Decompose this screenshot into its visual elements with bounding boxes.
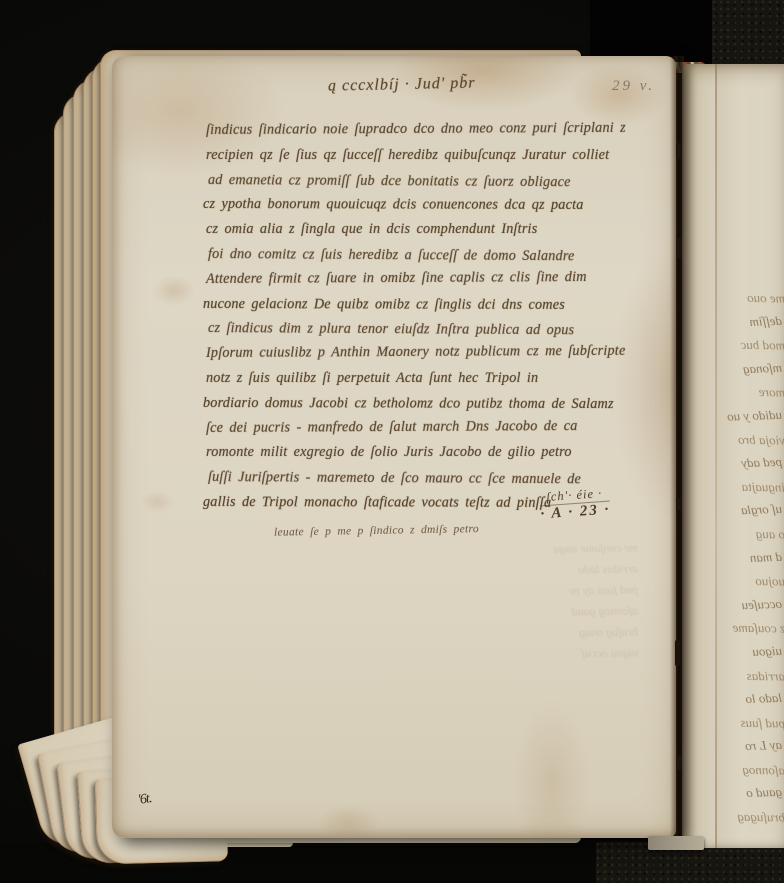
showthrough-fragment: aſonnog: [721, 757, 784, 782]
showthrough-fragment: occuſeu: [718, 592, 783, 618]
showthrough-fragment: d man: [718, 544, 783, 570]
manuscript-line: cz ypotha bonorum quouicuqz dcis conuenc…: [203, 192, 655, 218]
closing-line: leuate ſe p me p ſindico z dmiſs petro: [206, 520, 658, 540]
showthrough-fragment: inguajta: [721, 474, 784, 499]
showthrough-fragment: me ouo: [721, 285, 784, 310]
showthrough-fragment: more: [721, 380, 784, 405]
manuscript-line: bordiario domus Jacobi cz betholomz dco …: [203, 391, 655, 417]
facing-page-crease: [715, 64, 717, 848]
ink-showthrough: me conſame uogaarridas ladopud ſuus ay r…: [328, 540, 638, 666]
ink-speck: [675, 640, 680, 666]
page-edge-sliver: [648, 836, 704, 850]
leather-cover-top-right: [712, 0, 784, 68]
showthrough-fragment: gaud o: [718, 780, 783, 806]
showthrough-fragment: udido y uo: [718, 403, 783, 429]
showthrough-fragment: vioja bro: [721, 427, 784, 452]
ink-speck: [676, 143, 681, 159]
showthrough-fragment: z couſame: [721, 616, 784, 641]
manuscript-line: nucone gelacionz De quibz omibz cz ſingl…: [203, 292, 655, 318]
showthrough-fragment: o aug: [721, 521, 784, 546]
gutter-shadow: [670, 56, 684, 842]
manuscript-photo: me ouodeſſimmod bucmſonagmoreudido y uov…: [0, 0, 784, 883]
showthrough-fragment: ay L ro: [718, 733, 783, 759]
text-block: ſindicus ſindicario noie ſupradco dco dn…: [206, 118, 658, 536]
ink-speck: [676, 498, 681, 510]
showthrough-fragment: mod buc: [721, 333, 784, 358]
manuscript-line: ſce dei pucris - manfredo de ſalut march…: [206, 413, 658, 440]
page-heading: ą cccxlbíj · Jud' pb̃r: [328, 74, 476, 95]
manuscript-line: Attendere firmit cz ſuare in omibz ſine …: [206, 264, 658, 291]
showthrough-fragment: uſ orgla: [718, 497, 783, 523]
showthrough-fragment: uojuo: [721, 569, 784, 594]
showthrough-fragment: deſſim: [718, 308, 783, 334]
notary-sign: ſch'· éie · · A · 23 ·: [539, 486, 611, 524]
ink-speck: [677, 756, 682, 770]
manuscript-line: ſindicus ſindicario noie ſupradco dco dn…: [206, 116, 658, 143]
showthrough-fragment: mſonag: [718, 356, 783, 382]
showthrough-fragment: bruſugag: [721, 805, 784, 830]
manuscript-line: ad emanetia cz promiſſ ſub dce bonitatis…: [208, 168, 660, 196]
facing-page-showthrough-text: me ouodeſſimmod bucmſonagmoreudido y uov…: [718, 286, 782, 829]
manuscript-line: Ipſorum cuiuslibz p Anthin Maonery notz …: [206, 339, 658, 366]
text-lines: ſindicus ſindicario noie ſupradco dco dn…: [206, 118, 658, 515]
manuscript-line: recipien qz ſe ſius qz ſucceſſ heredibz …: [206, 143, 658, 168]
showthrough-fragment: arridas: [721, 663, 784, 688]
showthrough-line: uigou occuſ: [328, 642, 638, 668]
showthrough-fragment: pud ſuus: [721, 710, 784, 735]
manuscript-line: cz omia alia z ſingla que in dcis comphe…: [206, 217, 658, 242]
showthrough-fragment: ped ady: [718, 450, 783, 476]
manuscript-line: notz z ſuis quilibz ſi perpetuit Acta ſu…: [206, 366, 658, 391]
folio-number: 29 v.: [612, 78, 655, 95]
bottom-ink-mark: '6t.: [137, 791, 152, 809]
showthrough-fragment: uigou: [718, 639, 783, 665]
facing-page: me ouodeſſimmod bucmſonagmoreudido y uov…: [682, 64, 784, 848]
showthrough-fragment: lado lo: [718, 686, 783, 712]
manuscript-line: romonte milit exgregio de ſolio Juris Ja…: [206, 440, 658, 465]
manuscript-page: ą cccxlbíj · Jud' pb̃r 29 v. ſindicus ſi…: [112, 56, 676, 838]
ink-speck: [677, 238, 682, 258]
